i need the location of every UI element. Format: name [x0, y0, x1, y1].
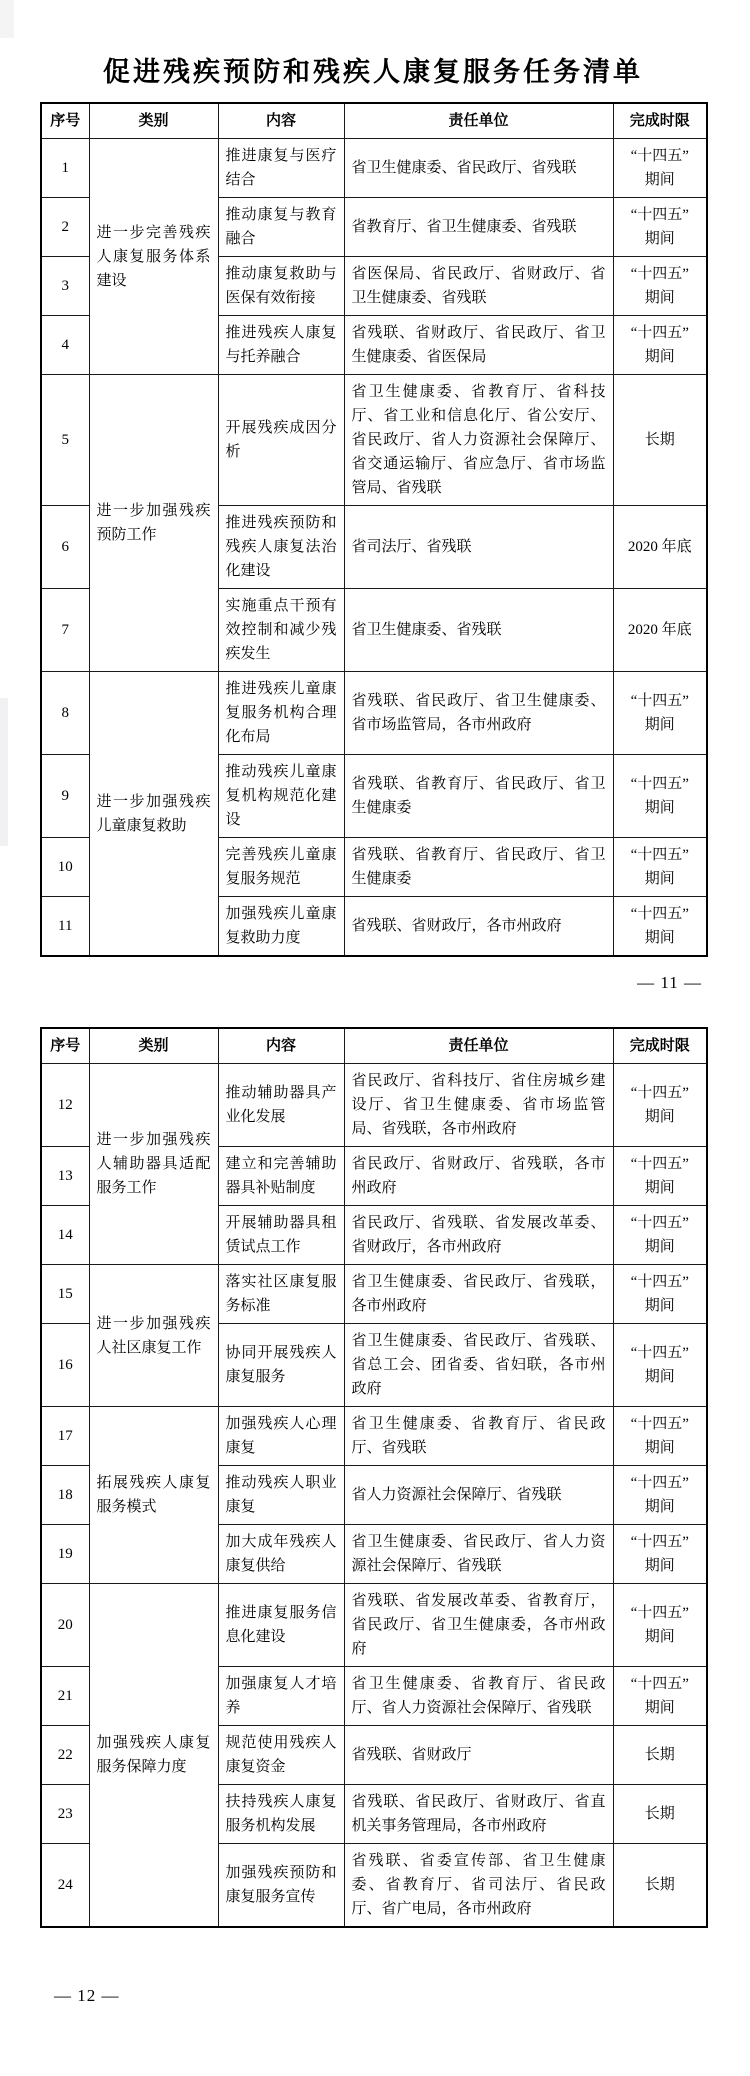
responsible-unit-cell: 省民政厅、省科技厅、省住房城乡建设厅、省卫生健康委、省市场监管局、省残联，各市州…	[344, 1064, 613, 1147]
table-row: 1进一步完善残疾人康复服务体系建设推进康复与医疗结合省卫生健康委、省民政厅、省残…	[41, 139, 707, 198]
responsible-unit-cell: 省教育厅、省卫生健康委、省残联	[344, 198, 613, 257]
deadline-cell: “十四五” 期间	[613, 1265, 707, 1324]
content-cell: 推进康复服务信息化建设	[218, 1584, 344, 1667]
responsible-unit-cell: 省民政厅、省残联、省发展改革委、省财政厅，各市州政府	[344, 1206, 613, 1265]
page-edge-shadow-left	[0, 698, 8, 846]
deadline-cell: “十四五” 期间	[613, 139, 707, 198]
deadline-cell: “十四五” 期间	[613, 1064, 707, 1147]
content-cell: 加强残疾儿童康复救助力度	[218, 897, 344, 957]
row-number-cell: 14	[41, 1206, 89, 1265]
row-number-cell: 23	[41, 1785, 89, 1844]
content-cell: 加强残疾人心理康复	[218, 1407, 344, 1466]
row-number-cell: 10	[41, 838, 89, 897]
page-title: 促进残疾预防和残疾人康复服务任务清单	[40, 0, 706, 102]
content-cell: 开展残疾成因分析	[218, 375, 344, 506]
column-header-0: 序号	[41, 1028, 89, 1064]
table-row: 17拓展残疾人康复服务模式加强残疾人心理康复省卫生健康委、省教育厅、省民政厅、省…	[41, 1407, 707, 1466]
content-cell: 扶持残疾人康复服务机构发展	[218, 1785, 344, 1844]
content-cell: 完善残疾儿童康复服务规范	[218, 838, 344, 897]
row-number-cell: 24	[41, 1844, 89, 1928]
row-number-cell: 9	[41, 755, 89, 838]
row-number-cell: 19	[41, 1525, 89, 1584]
deadline-cell: “十四五” 期间	[613, 755, 707, 838]
column-header-2: 内容	[218, 1028, 344, 1064]
column-header-1: 类别	[89, 1028, 218, 1064]
responsible-unit-cell: 省残联、省财政厅	[344, 1726, 613, 1785]
row-number-cell: 6	[41, 506, 89, 589]
task-table-page-11: 序号类别内容责任单位完成时限 1进一步完善残疾人康复服务体系建设推进康复与医疗结…	[40, 102, 708, 957]
content-cell: 落实社区康复服务标准	[218, 1265, 344, 1324]
row-number-cell: 1	[41, 139, 89, 198]
page-number-11: — 11 —	[40, 973, 706, 993]
responsible-unit-cell: 省民政厅、省财政厅、省残联，各市州政府	[344, 1147, 613, 1206]
deadline-cell: “十四五” 期间	[613, 672, 707, 755]
responsible-unit-cell: 省司法厅、省残联	[344, 506, 613, 589]
content-cell: 协同开展残疾人康复服务	[218, 1324, 344, 1407]
responsible-unit-cell: 省残联、省发展改革委、省教育厅，省民政厅、省卫生健康委，各市州政府	[344, 1584, 613, 1667]
content-cell: 加强康复人才培养	[218, 1667, 344, 1726]
deadline-cell: 长期	[613, 1844, 707, 1928]
responsible-unit-cell: 省卫生健康委、省残联	[344, 589, 613, 672]
column-header-3: 责任单位	[344, 1028, 613, 1064]
responsible-unit-cell: 省残联、省委宣传部、省卫生健康委、省教育厅、省司法厅、省民政厅、省广电局，各市州…	[344, 1844, 613, 1928]
responsible-unit-cell: 省残联、省教育厅、省民政厅、省卫生健康委	[344, 838, 613, 897]
responsible-unit-cell: 省卫生健康委、省民政厅、省人力资源社会保障厅、省残联	[344, 1525, 613, 1584]
content-cell: 规范使用残疾人康复资金	[218, 1726, 344, 1785]
deadline-cell: 2020 年底	[613, 506, 707, 589]
responsible-unit-cell: 省卫生健康委、省民政厅、省残联	[344, 139, 613, 198]
content-cell: 开展辅助器具租赁试点工作	[218, 1206, 344, 1265]
deadline-cell: “十四五” 期间	[613, 1147, 707, 1206]
category-cell: 进一步加强残疾人辅助器具适配服务工作	[89, 1064, 218, 1265]
row-number-cell: 11	[41, 897, 89, 957]
content-cell: 推动康复与教育融合	[218, 198, 344, 257]
deadline-cell: “十四五” 期间	[613, 838, 707, 897]
row-number-cell: 20	[41, 1584, 89, 1667]
responsible-unit-cell: 省卫生健康委、省民政厅、省残联、省总工会、团省委、省妇联，各市州政府	[344, 1324, 613, 1407]
row-number-cell: 13	[41, 1147, 89, 1206]
row-number-cell: 3	[41, 257, 89, 316]
content-cell: 推动残疾人职业康复	[218, 1466, 344, 1525]
table-row: 15进一步加强残疾人社区康复工作落实社区康复服务标准省卫生健康委、省民政厅、省残…	[41, 1265, 707, 1324]
deadline-cell: 长期	[613, 1785, 707, 1844]
row-number-cell: 21	[41, 1667, 89, 1726]
content-cell: 推进残疾人康复与托养融合	[218, 316, 344, 375]
deadline-cell: “十四五” 期间	[613, 257, 707, 316]
page-edge-shadow-top	[0, 0, 14, 38]
row-number-cell: 12	[41, 1064, 89, 1147]
deadline-cell: “十四五” 期间	[613, 1206, 707, 1265]
deadline-cell: “十四五” 期间	[613, 1407, 707, 1466]
page-number-12: — 12 —	[40, 1986, 706, 2046]
table-header-row: 序号类别内容责任单位完成时限	[41, 103, 707, 139]
column-header-4: 完成时限	[613, 103, 707, 139]
responsible-unit-cell: 省卫生健康委、省教育厅、省科技厅、省工业和信息化厅、省公安厅、省民政厅、省人力资…	[344, 375, 613, 506]
content-cell: 推进残疾预防和残疾人康复法治化建设	[218, 506, 344, 589]
content-cell: 推动残疾儿童康复机构规范化建设	[218, 755, 344, 838]
table-row: 12进一步加强残疾人辅助器具适配服务工作推动辅助器具产业化发展省民政厅、省科技厅…	[41, 1064, 707, 1147]
content-cell: 加大成年残疾人康复供给	[218, 1525, 344, 1584]
content-cell: 实施重点干预有效控制和减少残疾发生	[218, 589, 344, 672]
row-number-cell: 2	[41, 198, 89, 257]
responsible-unit-cell: 省卫生健康委、省教育厅、省民政厅、省人力资源社会保障厅、省残联	[344, 1667, 613, 1726]
row-number-cell: 18	[41, 1466, 89, 1525]
content-cell: 加强残疾预防和康复服务宣传	[218, 1844, 344, 1928]
responsible-unit-cell: 省残联、省财政厅，各市州政府	[344, 897, 613, 957]
row-number-cell: 16	[41, 1324, 89, 1407]
category-cell: 进一步加强残疾儿童康复救助	[89, 672, 218, 957]
column-header-0: 序号	[41, 103, 89, 139]
deadline-cell: “十四五” 期间	[613, 1525, 707, 1584]
deadline-cell: 2020 年底	[613, 589, 707, 672]
responsible-unit-cell: 省卫生健康委、省教育厅、省民政厅、省残联	[344, 1407, 613, 1466]
deadline-cell: “十四五” 期间	[613, 1667, 707, 1726]
row-number-cell: 5	[41, 375, 89, 506]
column-header-3: 责任单位	[344, 103, 613, 139]
row-number-cell: 15	[41, 1265, 89, 1324]
column-header-2: 内容	[218, 103, 344, 139]
content-cell: 推动辅助器具产业化发展	[218, 1064, 344, 1147]
responsible-unit-cell: 省残联、省教育厅、省民政厅、省卫生健康委	[344, 755, 613, 838]
category-cell: 加强残疾人康复服务保障力度	[89, 1584, 218, 1928]
responsible-unit-cell: 省卫生健康委、省民政厅、省残联，各市州政府	[344, 1265, 613, 1324]
content-cell: 推动康复救助与医保有效衔接	[218, 257, 344, 316]
row-number-cell: 4	[41, 316, 89, 375]
category-cell: 拓展残疾人康复服务模式	[89, 1407, 218, 1584]
responsible-unit-cell: 省残联、省民政厅、省卫生健康委、省市场监管局，各市州政府	[344, 672, 613, 755]
responsible-unit-cell: 省残联、省民政厅、省财政厅、省直机关事务管理局，各市州政府	[344, 1785, 613, 1844]
deadline-cell: “十四五” 期间	[613, 897, 707, 957]
table-header-row: 序号类别内容责任单位完成时限	[41, 1028, 707, 1064]
responsible-unit-cell: 省人力资源社会保障厅、省残联	[344, 1466, 613, 1525]
row-number-cell: 8	[41, 672, 89, 755]
column-header-4: 完成时限	[613, 1028, 707, 1064]
deadline-cell: 长期	[613, 1726, 707, 1785]
row-number-cell: 7	[41, 589, 89, 672]
table-row: 5进一步加强残疾预防工作开展残疾成因分析省卫生健康委、省教育厅、省科技厅、省工业…	[41, 375, 707, 506]
row-number-cell: 22	[41, 1726, 89, 1785]
table-row: 20加强残疾人康复服务保障力度推进康复服务信息化建设省残联、省发展改革委、省教育…	[41, 1584, 707, 1667]
category-cell: 进一步完善残疾人康复服务体系建设	[89, 139, 218, 375]
deadline-cell: “十四五” 期间	[613, 1584, 707, 1667]
deadline-cell: “十四五” 期间	[613, 198, 707, 257]
content-cell: 推进康复与医疗结合	[218, 139, 344, 198]
row-number-cell: 17	[41, 1407, 89, 1466]
content-cell: 建立和完善辅助器具补贴制度	[218, 1147, 344, 1206]
content-cell: 推进残疾儿童康复服务机构合理化布局	[218, 672, 344, 755]
table-row: 8进一步加强残疾儿童康复救助推进残疾儿童康复服务机构合理化布局省残联、省民政厅、…	[41, 672, 707, 755]
category-cell: 进一步加强残疾预防工作	[89, 375, 218, 672]
task-table-page-12: 序号类别内容责任单位完成时限 12进一步加强残疾人辅助器具适配服务工作推动辅助器…	[40, 1027, 708, 1928]
deadline-cell: “十四五” 期间	[613, 1324, 707, 1407]
responsible-unit-cell: 省残联、省财政厅、省民政厅、省卫生健康委、省医保局	[344, 316, 613, 375]
deadline-cell: 长期	[613, 375, 707, 506]
column-header-1: 类别	[89, 103, 218, 139]
deadline-cell: “十四五” 期间	[613, 1466, 707, 1525]
responsible-unit-cell: 省医保局、省民政厅、省财政厅、省卫生健康委、省残联	[344, 257, 613, 316]
document-page: 促进残疾预防和残疾人康复服务任务清单 序号类别内容责任单位完成时限 1进一步完善…	[0, 0, 750, 2046]
deadline-cell: “十四五” 期间	[613, 316, 707, 375]
category-cell: 进一步加强残疾人社区康复工作	[89, 1265, 218, 1407]
